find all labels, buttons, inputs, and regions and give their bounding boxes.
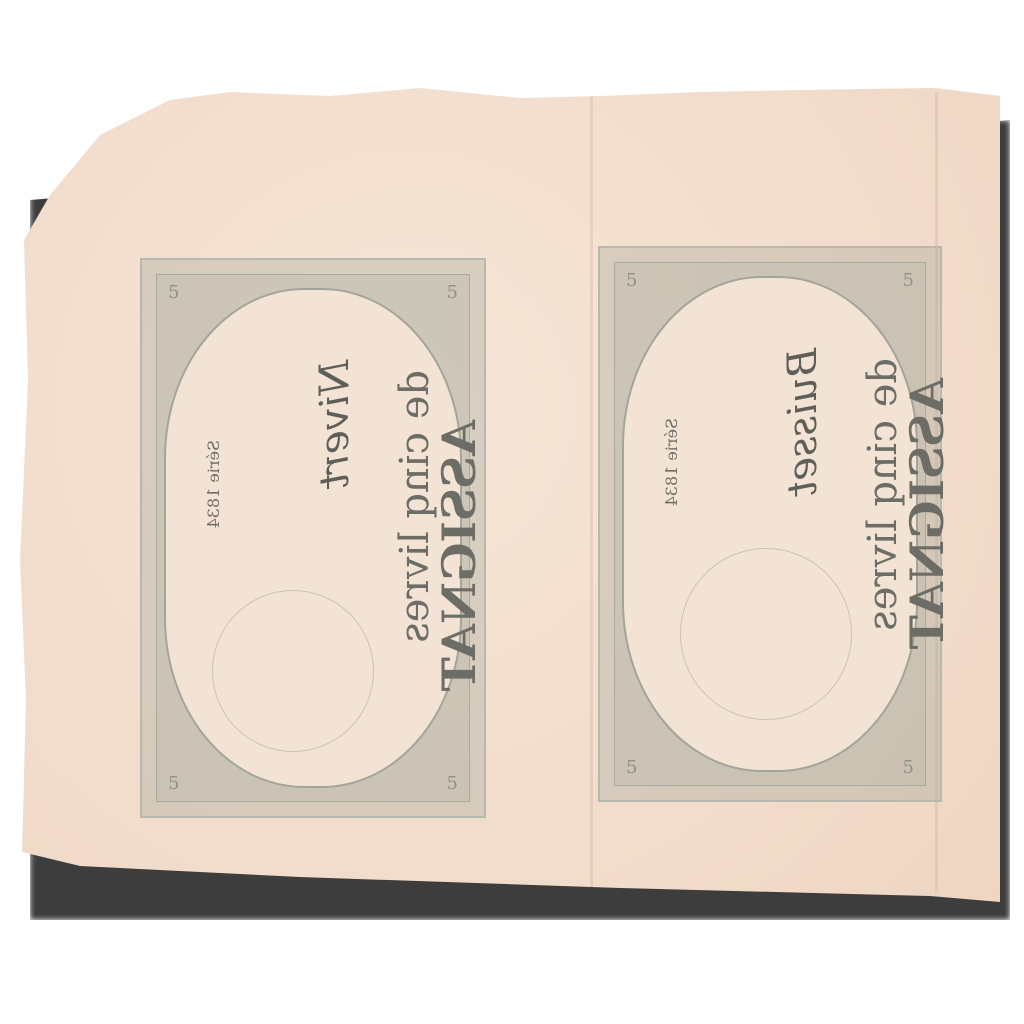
signature: Buisset: [780, 348, 826, 497]
corner-mark: 5: [626, 757, 637, 778]
fold-crease: [590, 92, 593, 892]
corner-mark: 5: [447, 773, 458, 794]
note-subtitle: de cinq livres: [860, 358, 906, 631]
corner-mark: 5: [903, 757, 914, 778]
corner-mark: 5: [903, 270, 914, 291]
series-number: Série 1834: [204, 440, 223, 528]
dry-seal: [680, 548, 852, 720]
signature: Nivert: [312, 360, 358, 489]
dry-seal: [212, 590, 374, 752]
note-subtitle: de cinq livres: [392, 370, 438, 643]
note-title: ASSIGNAT: [900, 378, 954, 649]
corner-mark: 5: [626, 270, 637, 291]
photo-stage: 5 5 5 5 ASSIGNAT de cinq livres Nivert S…: [0, 0, 1024, 1024]
corner-mark: 5: [447, 282, 458, 303]
series-number: Série 1834: [662, 418, 681, 506]
corner-mark: 5: [168, 282, 179, 303]
corner-mark: 5: [168, 773, 179, 794]
note-title: ASSIGNAT: [432, 420, 486, 691]
right-assignat: 5 5 5 5 ASSIGNAT de cinq livres Buisset …: [598, 246, 942, 802]
left-assignat: 5 5 5 5 ASSIGNAT de cinq livres Nivert S…: [140, 258, 486, 818]
